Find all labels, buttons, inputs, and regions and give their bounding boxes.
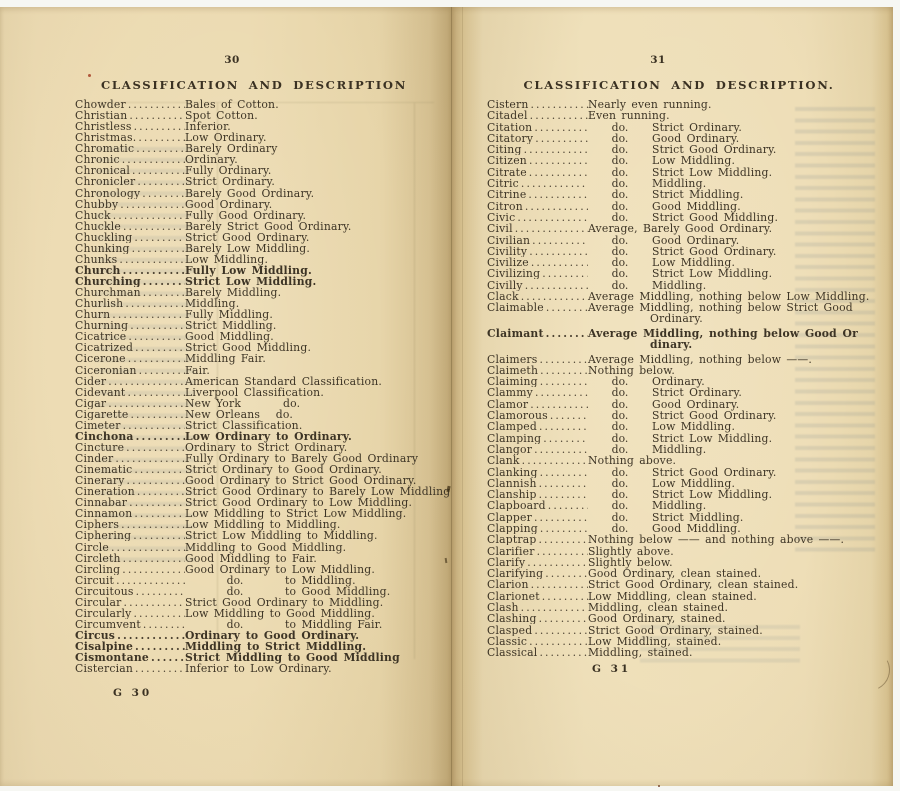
code-word: Clarifier — [487, 546, 535, 557]
code-cell: Cinnabar................................… — [75, 497, 185, 508]
description: Fully Good Ordinary. — [185, 210, 306, 221]
code-word: Churn — [75, 309, 110, 320]
code-cell: Cincture................................… — [75, 442, 185, 453]
leader-dots: ...................................... — [133, 641, 185, 652]
code-cell: Clannish................................… — [487, 478, 588, 489]
description: Strict Good Ordinary, stained. — [588, 625, 763, 636]
code-cell: Cider...................................… — [75, 376, 185, 387]
code-cell: Cicatrized..............................… — [75, 342, 185, 353]
code-word: Civilian — [487, 235, 530, 246]
leader-dots: ...................................... — [111, 210, 185, 221]
open-book: 30 CLASSIFICATION AND DESCRIPTION 31 CLA… — [0, 7, 893, 786]
code-cell: Church..................................… — [75, 265, 185, 276]
leader-dots: ...................................... — [135, 176, 185, 187]
do-abbrev: do. — [588, 122, 652, 133]
leader-dots: ...................................... — [538, 354, 588, 365]
code-cell: Ciceronian..............................… — [75, 365, 185, 376]
code-cell: Citadel.................................… — [487, 110, 588, 121]
code-cell: Cisalpine...............................… — [75, 641, 185, 652]
entry-row: Chronicler..............................… — [75, 176, 447, 187]
gutter-crease — [451, 7, 452, 786]
entry-row: Chromatic...............................… — [75, 143, 447, 154]
leader-dots: ...................................... — [110, 309, 185, 320]
description: Strict Low Middling. — [652, 268, 772, 279]
code-word: Cineration — [75, 486, 135, 497]
leader-dots: ...................................... — [119, 519, 185, 530]
description: Middling, stained. — [588, 647, 693, 658]
code-word: Chuckle — [75, 221, 121, 232]
code-cell: Churching...............................… — [75, 276, 185, 287]
code-word: Cincture — [75, 442, 124, 453]
entry-row: Cicerone................................… — [75, 353, 447, 364]
leader-dots: ...................................... — [134, 431, 185, 442]
code-cell: Claiming................................… — [487, 376, 588, 387]
leader-dots: ...................................... — [533, 133, 588, 144]
code-word: Cigarette — [75, 409, 128, 420]
entry-row: Citadel.................................… — [487, 110, 880, 121]
entry-row: Clank...................................… — [487, 455, 880, 466]
leader-dots: ...................................... — [125, 475, 185, 486]
leader-dots: ...................................... — [520, 455, 588, 466]
code-cell: Circus..................................… — [75, 630, 185, 641]
code-word: Civilizing — [487, 268, 540, 279]
entry-row: Cistercian..............................… — [75, 663, 447, 674]
description: Low Middling. — [652, 155, 735, 166]
code-cell: Chuck...................................… — [75, 210, 185, 221]
entry-row: Claimers................................… — [487, 354, 880, 365]
entry-row: Circularly..............................… — [75, 608, 447, 619]
description: Fair. — [185, 365, 210, 376]
code-word: Clangor — [487, 444, 532, 455]
code-word: Circuitous — [75, 586, 134, 597]
code-cell: Churning................................… — [75, 320, 185, 331]
entry-row: Clapboard...............................… — [487, 500, 880, 511]
code-cell: Circumvent..............................… — [75, 619, 185, 630]
description: Strict Good Ordinary. — [652, 467, 777, 478]
right-page-entries: Cistern.................................… — [487, 99, 880, 659]
leader-dots: ...................................... — [537, 478, 588, 489]
code-cell: Clapping................................… — [487, 523, 588, 534]
code-cell: Chunks..................................… — [75, 254, 185, 265]
code-cell: Cismontane..............................… — [75, 652, 185, 663]
leader-dots: ...................................... — [543, 568, 588, 579]
code-cell: Cinchona................................… — [75, 431, 185, 442]
code-word: Ciceronian — [75, 365, 137, 376]
description: Strict Ordinary. — [185, 176, 275, 187]
leader-dots: ...................................... — [106, 376, 185, 387]
signature-mark: G 31 — [592, 663, 631, 675]
code-cell: Circular................................… — [75, 597, 185, 608]
code-word: Claimable — [487, 302, 544, 313]
leader-dots: ...................................... — [132, 464, 185, 475]
leader-dots: ...................................... — [128, 320, 185, 331]
code-cell: Clarion.................................… — [487, 579, 588, 590]
entry-row: Cider...................................… — [75, 376, 447, 387]
code-word: Clamping — [487, 433, 541, 444]
leader-dots: ...................................... — [519, 602, 588, 613]
code-word: Citadel — [487, 110, 528, 121]
code-cell: Cigar...................................… — [75, 398, 185, 409]
leader-dots: ...................................... — [532, 122, 588, 133]
code-cell: Clamped.................................… — [487, 421, 588, 432]
code-cell: Ciphering...............................… — [75, 530, 185, 541]
code-cell: Civic...................................… — [487, 212, 588, 223]
leader-dots: ...................................... — [132, 508, 185, 519]
code-word: Civil — [487, 223, 513, 234]
leader-dots: ...................................... — [513, 223, 588, 234]
code-cell: Citation................................… — [487, 122, 588, 133]
code-cell: Ciphers.................................… — [75, 519, 185, 530]
entry-row: Chubby..................................… — [75, 199, 447, 210]
code-cell: Cinerary................................… — [75, 475, 185, 486]
leader-dots: ...................................... — [529, 99, 589, 110]
leader-dots: ...................................... — [124, 442, 185, 453]
leader-dots: ...................................... — [135, 486, 185, 497]
code-word: Circularly — [75, 608, 131, 619]
leader-dots: ...................................... — [523, 201, 588, 212]
leader-dots: ...................................... — [515, 212, 588, 223]
entry-row: Classical...............................… — [487, 647, 880, 658]
entry-row: Circling................................… — [75, 564, 447, 575]
leader-dots: ...................................... — [537, 647, 588, 658]
leader-dots: ...................................... — [121, 265, 185, 276]
code-cell: Churchman...............................… — [75, 287, 185, 298]
code-word: Churning — [75, 320, 128, 331]
leader-dots: ...................................... — [141, 619, 185, 630]
code-cell: Cinnamon................................… — [75, 508, 185, 519]
code-cell: Civilizing..............................… — [487, 268, 588, 279]
do-abbrev: do. — [588, 421, 652, 432]
code-cell: Clapboard...............................… — [487, 500, 588, 511]
code-word: Citation — [487, 122, 532, 133]
code-word: Circling — [75, 564, 120, 575]
code-word: Cisalpine — [75, 641, 133, 652]
code-word: Circuit — [75, 575, 114, 586]
code-cell: Circuit.................................… — [75, 575, 185, 586]
code-word: Clank — [487, 455, 520, 466]
code-cell: Chunking................................… — [75, 243, 185, 254]
code-word: Cidevant — [75, 387, 125, 398]
entry-row: Clangor.................................… — [487, 444, 880, 455]
code-word: Chowder — [75, 99, 126, 110]
entry-row: Ciphering...............................… — [75, 530, 447, 541]
code-word: Claimers — [487, 354, 538, 365]
code-word: Classic — [487, 636, 527, 647]
code-word: Chromatic — [75, 143, 134, 154]
description: Average Middling, nothing below ——. — [588, 354, 812, 365]
code-word: Chuckling — [75, 232, 132, 243]
leader-dots: ...................................... — [109, 542, 185, 553]
code-cell: Cinder..................................… — [75, 453, 185, 464]
description: Even running. — [588, 110, 670, 121]
code-word: Ciphering — [75, 530, 131, 541]
leader-dots: ...................................... — [114, 575, 185, 586]
code-cell: Chubby..................................… — [75, 199, 185, 210]
description: Nothing above. — [588, 455, 676, 466]
description: Strict Good Ordinary, clean stained. — [588, 579, 798, 590]
leader-dots: ...................................... — [527, 155, 588, 166]
code-cell: Chronicler..............................… — [75, 176, 185, 187]
code-word: Cinchona — [75, 431, 134, 442]
code-word: Circleth — [75, 553, 121, 564]
gutter-crease — [462, 7, 463, 786]
leader-dots: ...................................... — [535, 546, 588, 557]
leader-dots: ...................................... — [126, 353, 185, 364]
code-word: Cinnabar — [75, 497, 127, 508]
code-word: Cinerary — [75, 475, 125, 486]
code-cell: Clasped.................................… — [487, 625, 588, 636]
code-word: Civic — [487, 212, 515, 223]
code-cell: Civility................................… — [487, 246, 588, 257]
leader-dots: ...................................... — [117, 254, 185, 265]
code-cell: Civil...................................… — [487, 223, 588, 234]
code-word: Clashing — [487, 613, 537, 624]
code-word: Chronicler — [75, 176, 135, 187]
code-cell: Cineration..............................… — [75, 486, 185, 497]
description: Inferior to Low Ordinary. — [185, 663, 332, 674]
do-abbrev: do. — [588, 433, 652, 444]
code-word: Citizen — [487, 155, 527, 166]
leader-dots: ...................................... — [141, 287, 185, 298]
code-cell: Clapper.................................… — [487, 512, 588, 523]
code-cell: Clash...................................… — [487, 602, 588, 613]
description: American Standard Classification. — [185, 376, 382, 387]
entry-row: Clamped.................................… — [487, 421, 880, 432]
description: Low Middling. — [652, 421, 735, 432]
code-word: Cimeter — [75, 420, 121, 431]
leader-dots: ...................................... — [527, 167, 588, 178]
code-word: Claimeth — [487, 365, 538, 376]
leader-dots: ...................................... — [537, 613, 588, 624]
code-word: Chuck — [75, 210, 111, 221]
code-word: Cicatrice — [75, 331, 126, 342]
code-word: Cismontane — [75, 652, 149, 663]
leader-dots: ...................................... — [523, 280, 588, 291]
right-page-header: 31 CLASSIFICATION AND DESCRIPTION. — [484, 54, 874, 92]
leader-dots: ...................................... — [537, 489, 588, 500]
code-word: Civility — [487, 246, 527, 257]
code-word: Citing — [487, 144, 522, 155]
page-number: 30 — [48, 54, 416, 66]
leader-dots: ...................................... — [121, 221, 185, 232]
leader-dots: ...................................... — [127, 110, 185, 121]
description: Middling. — [652, 500, 706, 511]
do-abbrev: do. — [588, 189, 652, 200]
code-cell: Clank...................................… — [487, 455, 588, 466]
do-abbrev: do. — [588, 155, 652, 166]
leader-dots: ...................................... — [527, 636, 588, 647]
entry-row: Claptrap................................… — [487, 534, 880, 545]
leader-dots: ...................................... — [533, 387, 588, 398]
page-number: 31 — [463, 54, 853, 66]
code-cell: Cimeter.................................… — [75, 420, 185, 431]
do-abbrev: do. — [588, 500, 652, 511]
code-cell: Citatory................................… — [487, 133, 588, 144]
code-word: Chunking — [75, 243, 130, 254]
code-word: Circus — [75, 630, 115, 641]
code-word: Clannish — [487, 478, 537, 489]
code-cell: Christless..............................… — [75, 121, 185, 132]
code-word: Clapping — [487, 523, 538, 534]
entry-row: Christian...............................… — [75, 110, 447, 121]
code-cell: Claimant................................… — [487, 328, 588, 339]
code-cell: Chronology..............................… — [75, 188, 185, 199]
code-cell: Clamping................................… — [487, 433, 588, 444]
code-cell: Circling................................… — [75, 564, 185, 575]
code-word: Clapboard — [487, 500, 546, 511]
leader-dots: ...................................... — [537, 534, 588, 545]
do-abbrev: do. — [588, 387, 652, 398]
description: Liverpool Classification. — [185, 387, 324, 398]
code-cell: Chronic.................................… — [75, 154, 185, 165]
code-word: Churchman — [75, 287, 141, 298]
leader-dots: ...................................... — [122, 597, 185, 608]
code-cell: Cidevant................................… — [75, 387, 185, 398]
code-cell: Classic.................................… — [487, 636, 588, 647]
code-cell: Clarionet...............................… — [487, 591, 588, 602]
code-cell: Cigarette...............................… — [75, 409, 185, 420]
code-word: Clash — [487, 602, 519, 613]
code-word: Claptrap — [487, 534, 537, 545]
code-cell: Citrine.................................… — [487, 189, 588, 200]
left-page-header: 30 CLASSIFICATION AND DESCRIPTION — [70, 54, 438, 92]
code-word: Churching — [75, 276, 141, 287]
leader-dots: ...................................... — [519, 178, 588, 189]
leader-dots: ...................................... — [130, 165, 185, 176]
code-word: Chronic — [75, 154, 120, 165]
leader-dots: ...................................... — [121, 420, 185, 431]
code-cell: Chuckling...............................… — [75, 232, 185, 243]
code-word: Citrate — [487, 167, 527, 178]
code-word: Circumvent — [75, 619, 141, 630]
code-word: Classical — [487, 647, 537, 658]
code-cell: Clashing................................… — [487, 613, 588, 624]
leader-dots: ...................................... — [134, 586, 185, 597]
leader-dots: ...................................... — [538, 467, 588, 478]
description: Average Middling, nothing below Good Ord… — [588, 328, 880, 350]
code-cell: Claimeth................................… — [487, 365, 588, 376]
leader-dots: ...................................... — [548, 410, 588, 421]
left-page-entries: Chowder.................................… — [75, 99, 447, 674]
code-word: Cistercian — [75, 663, 133, 674]
entry-row: Circle..................................… — [75, 542, 447, 553]
code-word: Citatory — [487, 133, 533, 144]
code-word: Clanking — [487, 467, 538, 478]
code-word: Cinematic — [75, 464, 132, 475]
code-word: Christian — [75, 110, 127, 121]
leader-dots: ...................................... — [121, 553, 185, 564]
code-word: Clammy — [487, 387, 533, 398]
description: Good Ordinary. — [185, 199, 272, 210]
entry-row: Civil...................................… — [487, 223, 880, 234]
leader-dots: ...................................... — [519, 291, 588, 302]
leader-dots: ...................................... — [538, 365, 588, 376]
code-word: Clanship — [487, 489, 537, 500]
code-word: Claimant — [487, 328, 544, 339]
code-word: Clapper — [487, 512, 532, 523]
code-word: Citrine — [487, 189, 526, 200]
leader-dots: ...................................... — [546, 500, 588, 511]
entry-row: Cistern.................................… — [487, 99, 880, 110]
leader-dots: ...................................... — [131, 608, 185, 619]
code-cell: Clanship................................… — [487, 489, 588, 500]
description: Strict Ordinary. — [652, 122, 742, 133]
code-word: Cinder — [75, 453, 113, 464]
code-word: Cicerone — [75, 353, 126, 364]
leader-dots: ...................................... — [532, 512, 588, 523]
running-head: CLASSIFICATION AND DESCRIPTION. — [484, 78, 874, 92]
description: Barely Good Ordinary. — [185, 188, 314, 199]
leader-dots: ...................................... — [532, 625, 588, 636]
code-cell: Cicatrice...............................… — [75, 331, 185, 342]
leader-dots: ...................................... — [141, 276, 185, 287]
code-cell: Churn...................................… — [75, 309, 185, 320]
leader-dots: ...................................... — [530, 235, 588, 246]
entry-row: Circuit.................................… — [75, 575, 447, 586]
description: Middling to Good Middling. — [185, 542, 346, 553]
do-abbrev: do. — [588, 268, 652, 279]
code-word: Cicatrized — [75, 342, 133, 353]
do-abbrev: do. — [588, 235, 652, 246]
description: Strict Middling. — [652, 189, 744, 200]
leader-dots: ...................................... — [120, 154, 185, 165]
description: Good Ordinary, stained. — [588, 613, 726, 624]
leader-dots: ...................................... — [544, 328, 588, 339]
leader-dots: ...................................... — [137, 365, 185, 376]
code-cell: Citrate.................................… — [487, 167, 588, 178]
leader-dots: ...................................... — [106, 398, 185, 409]
code-word: Clasped — [487, 625, 532, 636]
code-cell: Clarifier...............................… — [487, 546, 588, 557]
leader-dots: ...................................... — [149, 652, 185, 663]
code-word: Clarionet — [487, 591, 540, 602]
code-cell: Cinematic...............................… — [75, 464, 185, 475]
code-cell: Circle..................................… — [75, 542, 185, 553]
code-word: Cigar — [75, 398, 106, 409]
leader-dots: ...................................... — [525, 557, 588, 568]
code-word: Ciphers — [75, 519, 119, 530]
leader-dots: ...................................... — [528, 399, 588, 410]
code-cell: Chronical...............................… — [75, 165, 185, 176]
leader-dots: ...................................... — [529, 579, 588, 590]
description: Strict Low Middling to Middling. — [185, 530, 378, 541]
code-word: Clarion — [487, 579, 529, 590]
leader-dots: ...................................... — [133, 663, 185, 674]
do-abbrev: do. — [588, 467, 652, 478]
leader-dots: ...................................... — [115, 630, 185, 641]
code-cell: Clarify.................................… — [487, 557, 588, 568]
code-word: Christmas. — [75, 132, 136, 143]
code-cell: Classical...............................… — [487, 647, 588, 658]
code-word: Cider — [75, 376, 106, 387]
code-cell: Citizen.................................… — [487, 155, 588, 166]
entry-row: Clarifier...............................… — [487, 546, 880, 557]
code-cell: Chowder.................................… — [75, 99, 185, 110]
code-cell: Citron..................................… — [487, 201, 588, 212]
description: Slightly above. — [588, 546, 674, 557]
description: Nothing below —— and nothing above ——. — [588, 534, 844, 545]
code-cell: Circuitous..............................… — [75, 586, 185, 597]
code-cell: Clamor..................................… — [487, 399, 588, 410]
leader-dots: ...................................... — [134, 143, 185, 154]
leader-dots: ...................................... — [537, 421, 588, 432]
signature-mark: G 30 — [113, 687, 152, 699]
code-word: Cinnamon — [75, 508, 132, 519]
leader-dots: ...................................... — [529, 257, 588, 268]
description: Strict Ordinary. — [652, 387, 742, 398]
code-cell: Citing..................................… — [487, 144, 588, 155]
entry-row: Claimable...............................… — [487, 302, 880, 325]
